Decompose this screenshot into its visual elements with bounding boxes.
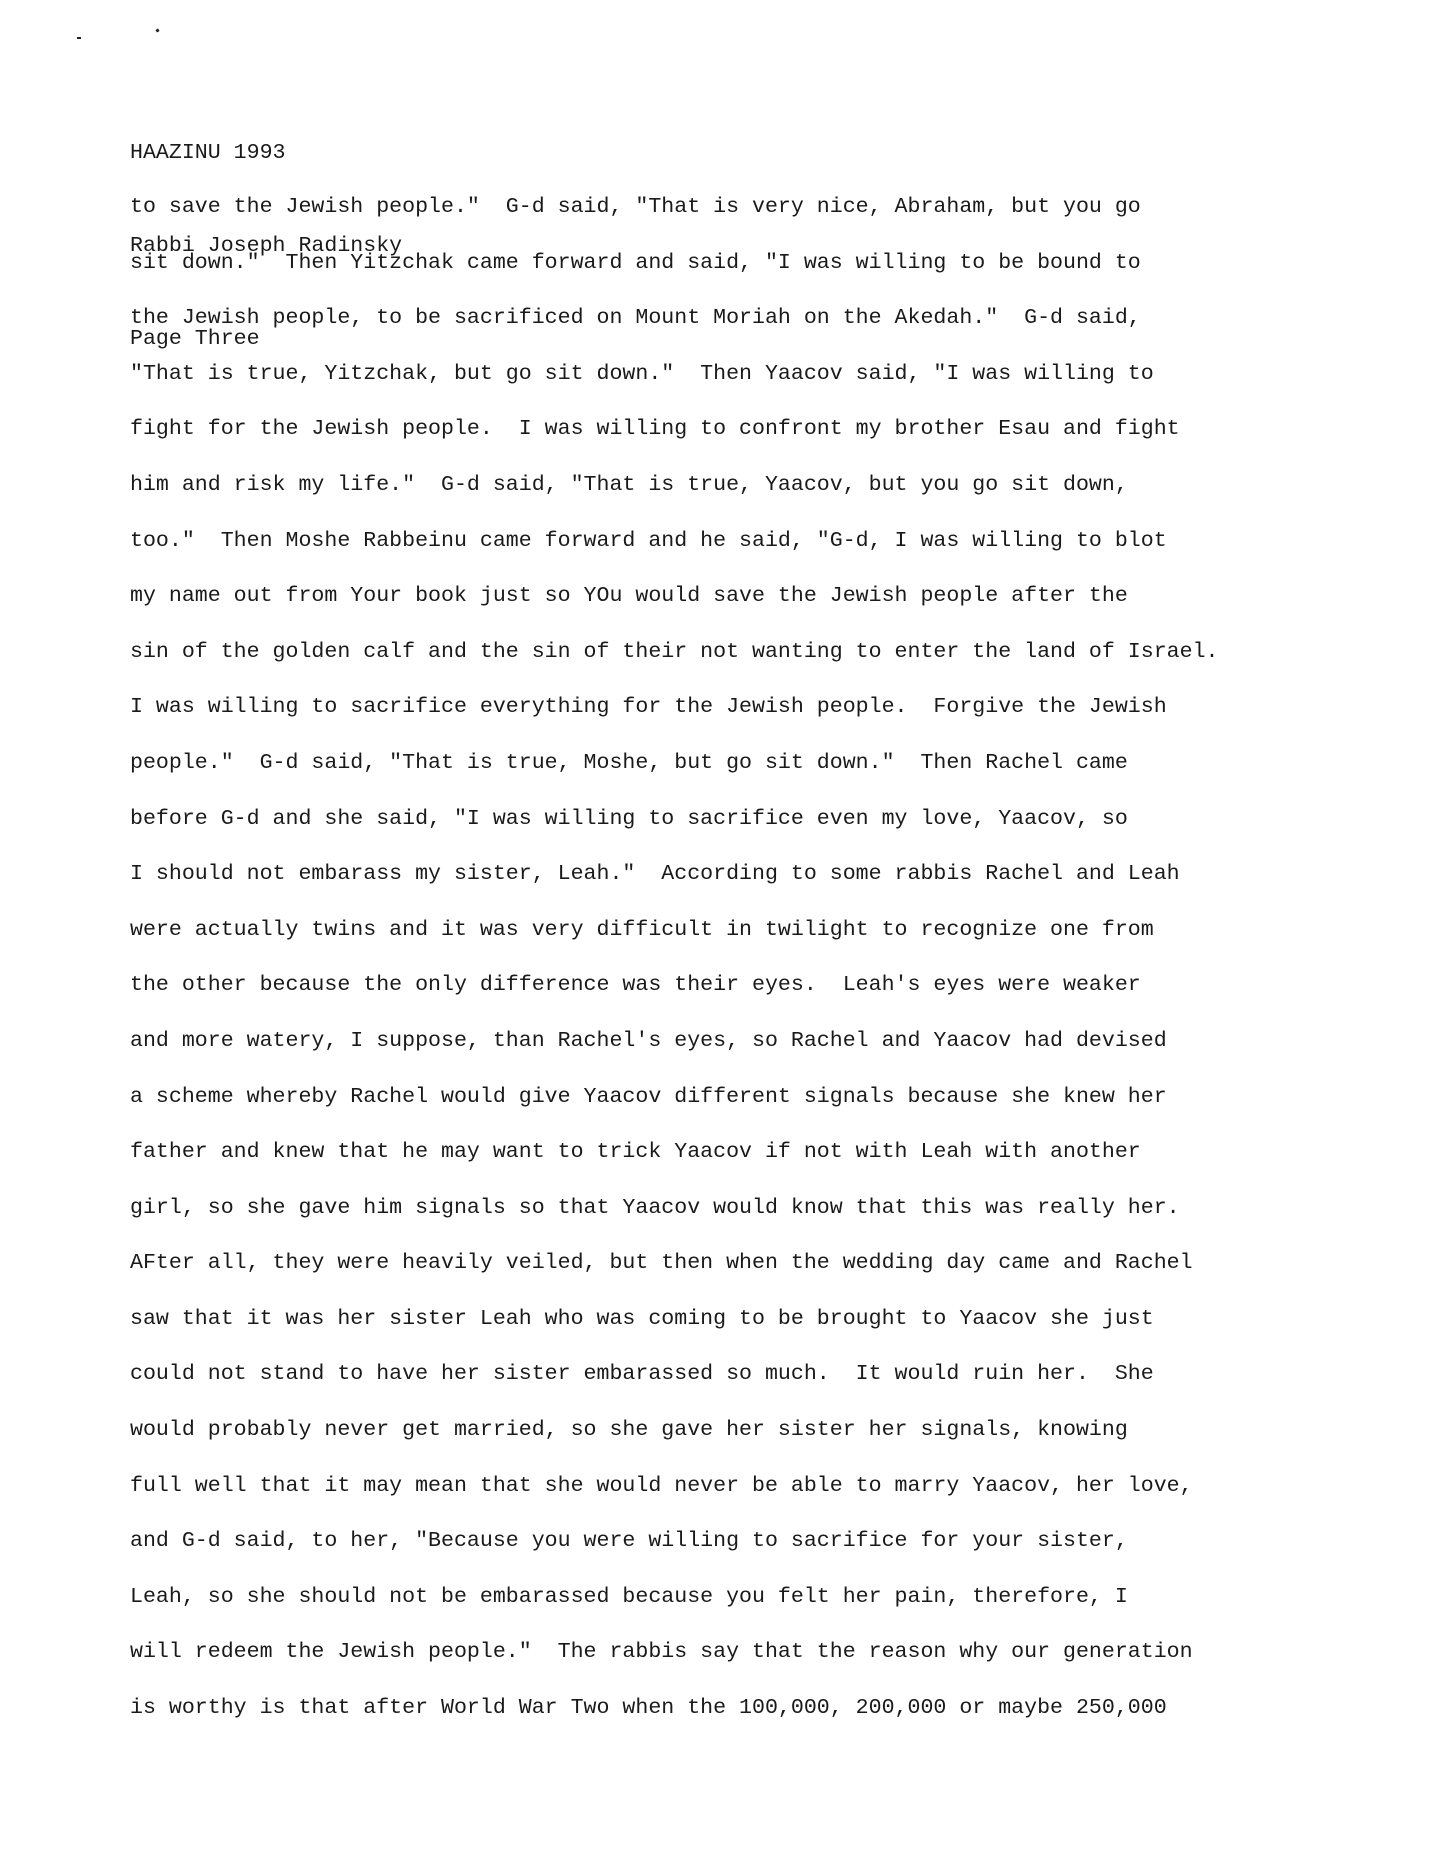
text-line: could not stand to have her sister embar… [130, 1347, 1219, 1403]
scan-speck [77, 37, 81, 39]
text-line: sin of the golden calf and the sin of th… [130, 625, 1219, 681]
scan-speck [155, 28, 159, 32]
text-line: is worthy is that after World War Two wh… [130, 1681, 1219, 1737]
text-line: too." Then Moshe Rabbeinu came forward a… [130, 514, 1219, 570]
text-line: I was willing to sacrifice everything fo… [130, 680, 1219, 736]
text-line: and more watery, I suppose, than Rachel'… [130, 1014, 1219, 1070]
text-line: a scheme whereby Rachel would give Yaaco… [130, 1070, 1219, 1126]
text-line: fight for the Jewish people. I was willi… [130, 402, 1219, 458]
text-line: I should not embarass my sister, Leah." … [130, 847, 1219, 903]
text-line: the other because the only difference wa… [130, 958, 1219, 1014]
text-line: full well that it may mean that she woul… [130, 1459, 1219, 1515]
text-line: will redeem the Jewish people." The rabb… [130, 1625, 1219, 1681]
body-text: to save the Jewish people." G-d said, "T… [130, 180, 1219, 1737]
text-line: were actually twins and it was very diff… [130, 903, 1219, 959]
text-line: people." G-d said, "That is true, Moshe,… [130, 736, 1219, 792]
text-line: saw that it was her sister Leah who was … [130, 1292, 1219, 1348]
text-line: girl, so she gave him signals so that Ya… [130, 1181, 1219, 1237]
text-line: him and risk my life." G-d said, "That i… [130, 458, 1219, 514]
text-line: father and knew that he may want to tric… [130, 1125, 1219, 1181]
text-line: the Jewish people, to be sacrificed on M… [130, 291, 1219, 347]
text-line: would probably never get married, so she… [130, 1403, 1219, 1459]
text-line: before G-d and she said, "I was willing … [130, 792, 1219, 848]
text-line: "That is true, Yitzchak, but go sit down… [130, 347, 1219, 403]
text-line: my name out from Your book just so YOu w… [130, 569, 1219, 625]
document-page: HAAZINU 1993 Rabbi Joseph Radinsky Page … [0, 0, 1430, 1851]
document-title: HAAZINU 1993 [130, 138, 402, 169]
text-line: Leah, so she should not be embarassed be… [130, 1570, 1219, 1626]
text-line: sit down." Then Yitzchak came forward an… [130, 236, 1219, 292]
text-line: AFter all, they were heavily veiled, but… [130, 1236, 1219, 1292]
text-line: and G-d said, to her, "Because you were … [130, 1514, 1219, 1570]
text-line: to save the Jewish people." G-d said, "T… [130, 180, 1219, 236]
